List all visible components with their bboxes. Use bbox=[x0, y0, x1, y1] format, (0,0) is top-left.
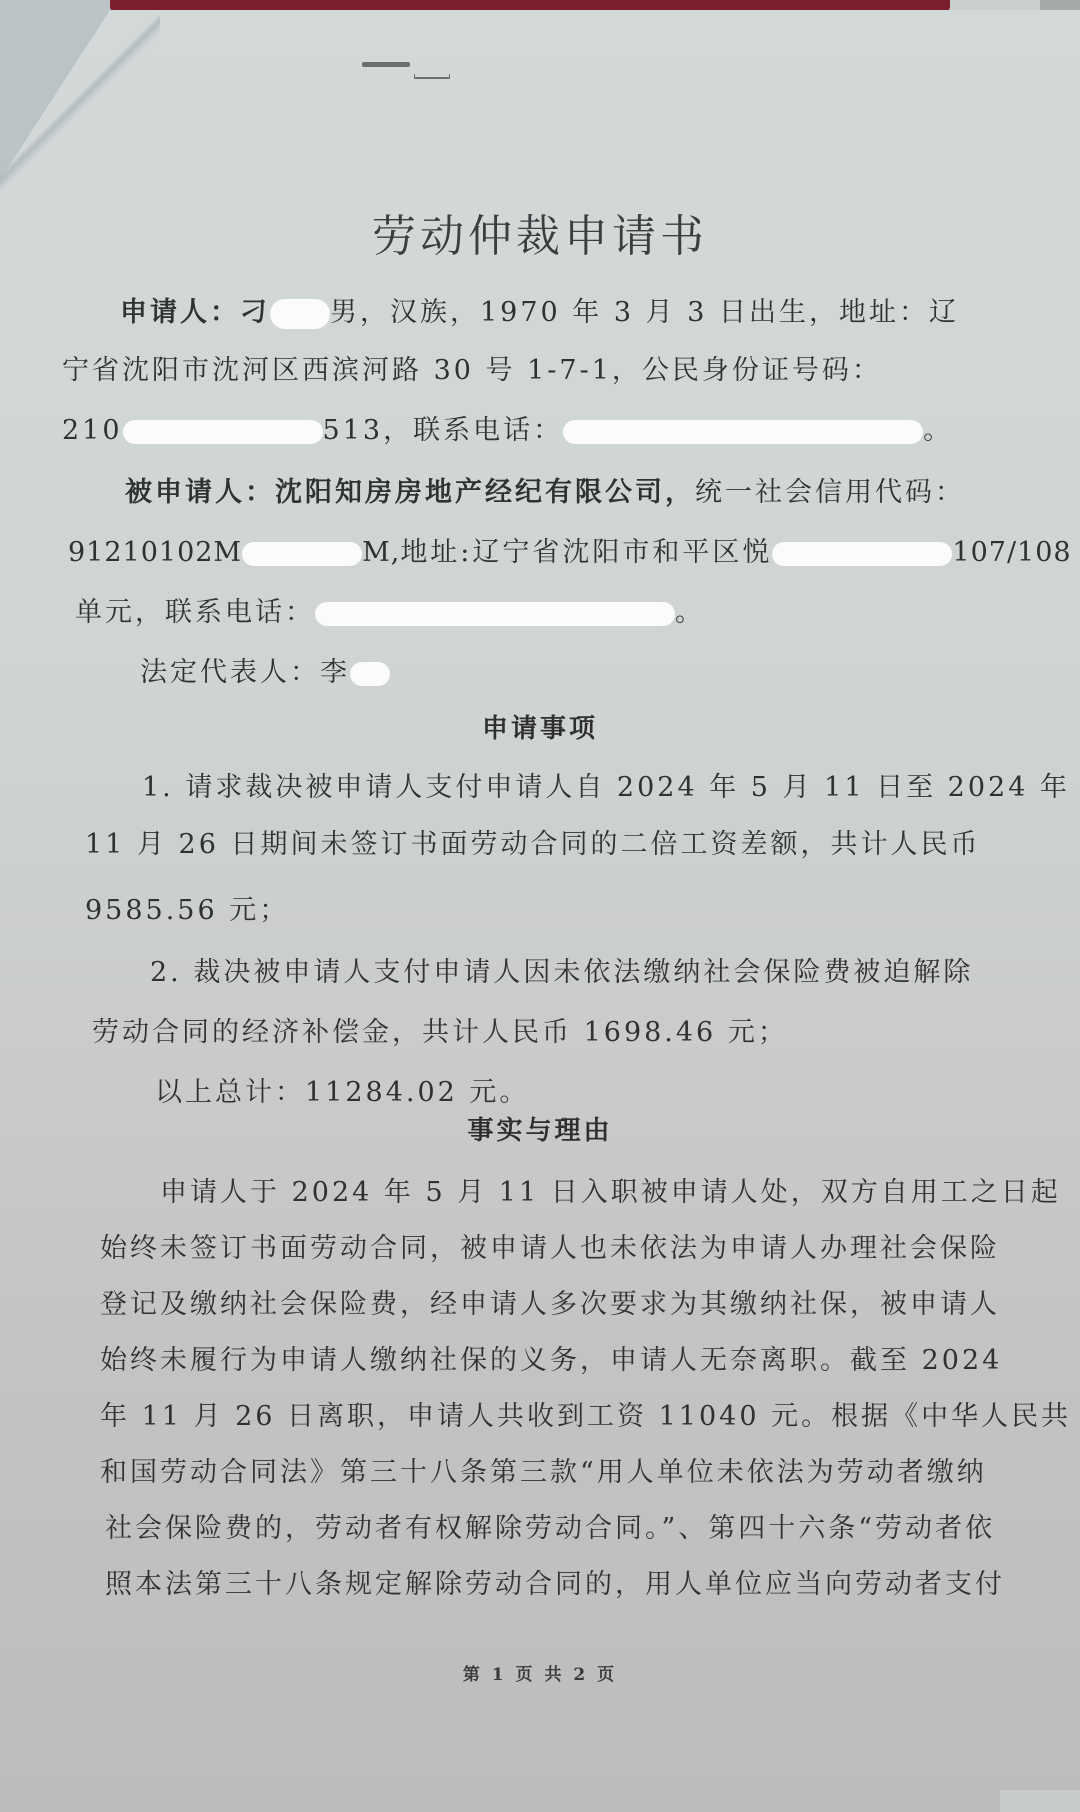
punctuation: 。 bbox=[675, 597, 705, 628]
facts-line: 申请人于 2024 年 5 月 11 日入职被申请人处，双方自用工之日起 bbox=[160, 1170, 1061, 1209]
applicant-details: 男，汉族，1970 年 3 月 3 日出生，地址：辽 bbox=[330, 297, 959, 328]
legal-rep-label: 法定代表人： bbox=[140, 657, 320, 688]
redaction-mark bbox=[350, 662, 390, 686]
header-mark bbox=[362, 60, 502, 90]
respondent-phone-label: 单元，联系电话： bbox=[75, 597, 315, 628]
header-mark-line bbox=[362, 62, 410, 67]
applicant-name: 刁 bbox=[240, 297, 270, 328]
document-title: 劳动仲裁申请书 bbox=[0, 200, 1080, 264]
redaction-mark bbox=[242, 542, 362, 566]
page-fold bbox=[1000, 1790, 1080, 1812]
claim-2-line-2: 劳动合同的经济补偿金，共计人民币 1698.46 元； bbox=[92, 1010, 788, 1049]
redaction-mark bbox=[772, 542, 952, 566]
respondent-line-3: 单元，联系电话：。 bbox=[75, 590, 705, 629]
header-mark-bracket bbox=[414, 74, 450, 79]
respondent-line-2: 91210102MM,地址:辽宁省沈阳市和平区悦107/108 bbox=[68, 530, 1072, 569]
claim-2-line-1: 2. 裁决被申请人支付申请人因未依法缴纳社会保险费被迫解除 bbox=[150, 950, 973, 989]
legal-rep-name: 李 bbox=[320, 657, 350, 688]
applicant-line-1: 申请人：刁男，汉族，1970 年 3 月 3 日出生，地址：辽 bbox=[120, 290, 959, 329]
applicant-line-3: 210513，联系电话：。 bbox=[62, 408, 953, 447]
claims-total: 以上总计：11284.02 元。 bbox=[155, 1070, 529, 1109]
applicant-label: 申请人： bbox=[120, 297, 240, 328]
facts-line: 和国劳动合同法》第三十八条第三款“用人单位未依法为劳动者缴纳 bbox=[100, 1450, 987, 1489]
claim-1-line-2: 11 月 26 日期间未签订书面劳动合同的二倍工资差额，共计人民币 bbox=[85, 822, 980, 861]
legal-representative-line: 法定代表人：李 bbox=[140, 650, 390, 689]
facts-line: 始终未签订书面劳动合同，被申请人也未依法为申请人办理社会保险 bbox=[100, 1226, 1000, 1265]
facts-line: 始终未履行为申请人缴纳社保的义务，申请人无奈离职。截至 2024 bbox=[100, 1338, 1002, 1377]
page-number: 第 1 页 共 2 页 bbox=[0, 1660, 1080, 1685]
respondent-company: 沈阳知房房地产经纪有限公司， bbox=[275, 477, 695, 508]
redaction-mark bbox=[270, 299, 330, 329]
applicant-address: 宁省沈阳市沈河区西滨河路 30 号 1-7-1，公民身份证号码： bbox=[62, 348, 882, 387]
facts-heading: 事实与理由 bbox=[0, 1110, 1080, 1147]
id-suffix: 513， bbox=[323, 415, 414, 446]
facts-line: 照本法第三十八条规定解除劳动合同的，用人单位应当向劳动者支付 bbox=[105, 1562, 1005, 1601]
respondent-label: 被申请人： bbox=[125, 477, 275, 508]
credit-code-suffix: M, bbox=[362, 537, 400, 568]
facts-line: 年 11 月 26 日离职，申请人共收到工资 11040 元。根据《中华人民共 bbox=[100, 1394, 1071, 1433]
facts-line: 登记及缴纳社会保险费，经申请人多次要求为其缴纳社保，被申请人 bbox=[100, 1282, 1000, 1321]
redaction-mark bbox=[315, 602, 675, 626]
respondent-line-1: 被申请人：沈阳知房房地产经纪有限公司，统一社会信用代码： bbox=[125, 470, 965, 509]
redaction-mark bbox=[123, 420, 323, 444]
claim-1-line-3: 9585.56 元； bbox=[85, 888, 289, 927]
address-unit: 107/108 bbox=[952, 537, 1071, 568]
claim-1-line-1: 1. 请求裁决被申请人支付申请人自 2024 年 5 月 11 日至 2024 … bbox=[142, 765, 1070, 804]
id-prefix: 210 bbox=[62, 415, 123, 446]
page-edge-shadow bbox=[0, 10, 160, 190]
claims-heading: 申请事项 bbox=[0, 708, 1080, 745]
redaction-mark bbox=[563, 420, 923, 444]
respondent-address: 地址:辽宁省沈阳市和平区悦 bbox=[400, 537, 772, 568]
punctuation: 。 bbox=[923, 415, 953, 446]
facts-line: 社会保险费的，劳动者有权解除劳动合同。”、第四十六条“劳动者依 bbox=[105, 1506, 995, 1545]
phone-label: 联系电话： bbox=[413, 415, 563, 446]
credit-code-prefix: 91210102M bbox=[68, 537, 242, 568]
credit-code-label: 统一社会信用代码： bbox=[695, 477, 965, 508]
